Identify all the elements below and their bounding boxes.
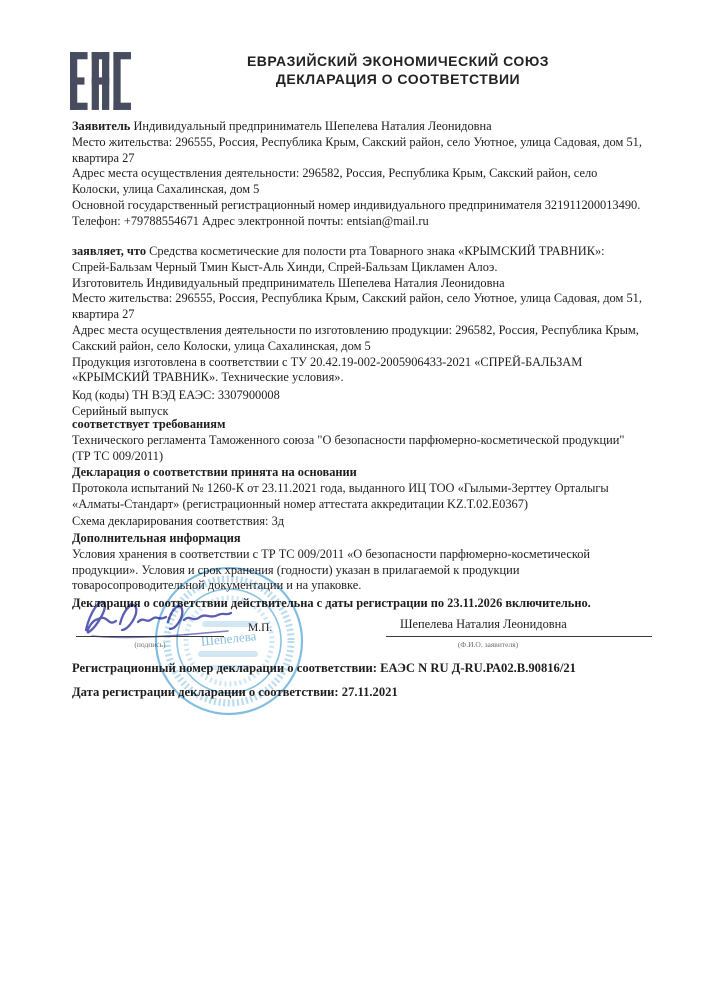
declares-line: Адрес места осуществления деятельности п… <box>72 323 672 339</box>
applicant-line: Место жительства: 296555, Россия, Респуб… <box>72 135 672 151</box>
requirements-block: соответствует требованиям Технического р… <box>72 417 672 464</box>
document-page: ЕВРАЗИЙСКИЙ ЭКОНОМИЧЕСКИЙ СОЮЗ ДЕКЛАРАЦИ… <box>0 0 726 1000</box>
registration-number-line: Регистрационный номер декларации о соотв… <box>72 661 576 676</box>
title-line-2: ДЕКЛАРАЦИЯ О СООТВЕТСТВИИ <box>222 71 574 89</box>
stamp-place-label: М.П. <box>248 622 272 634</box>
applicant-line: Заявитель Индивидуальный предприниматель… <box>72 119 672 135</box>
declares-line: Место жительства: 296555, Россия, Респуб… <box>72 291 672 307</box>
declares-line: «КРЫМСКИЙ ТРАВНИК». Технические условия»… <box>72 370 672 386</box>
declares-line: квартира 27 <box>72 307 672 323</box>
applicant-label: Заявитель <box>72 119 130 133</box>
declaration-subject-block: заявляет, что Средства косметические для… <box>72 244 672 420</box>
applicant-block: Заявитель Индивидуальный предприниматель… <box>72 119 672 230</box>
title-line-1: ЕВРАЗИЙСКИЙ ЭКОНОМИЧЕСКИЙ СОЮЗ <box>222 53 574 71</box>
basis-block: Декларация о соответствии принята на осн… <box>72 465 672 530</box>
declares-label: заявляет, что <box>72 244 146 258</box>
registration-number-value: ЕАЭС N RU Д-RU.РА02.В.90816/21 <box>380 661 576 675</box>
declares-line: Продукция изготовлена в соответствии с Т… <box>72 355 672 371</box>
applicant-line: Основной государственный регистрационный… <box>72 198 672 214</box>
manufacturer-line: Изготовитель Индивидуальный предпринимат… <box>72 276 672 292</box>
product-trademark: Средства косметические для полости рта Т… <box>146 244 605 258</box>
signature-caption: (подпись) <box>92 640 208 649</box>
applicant-line: Адрес места осуществления деятельности: … <box>72 166 672 182</box>
requirements-heading: соответствует требованиям <box>72 417 672 433</box>
applicant-contact-line: Телефон: +79788554671 Адрес электронной … <box>72 214 672 230</box>
basis-line: Протокола испытаний № 1260-К от 23.11.20… <box>72 481 672 497</box>
registration-date-label: Дата регистрации декларации о соответств… <box>72 685 339 699</box>
applicant-line: квартира 27 <box>72 151 672 167</box>
document-title: ЕВРАЗИЙСКИЙ ЭКОНОМИЧЕСКИЙ СОЮЗ ДЕКЛАРАЦИ… <box>222 53 574 88</box>
declares-line: Спрей-Бальзам Черный Тмин Кыст-Аль Хинди… <box>72 260 672 276</box>
full-name-caption: (Ф.И.О. заявителя) <box>418 640 558 649</box>
registration-number-label: Регистрационный номер декларации о соотв… <box>72 661 377 675</box>
basis-heading: Декларация о соответствии принята на осн… <box>72 465 672 481</box>
declarant-full-name: Шепелева Наталия Леонидовна <box>400 617 567 632</box>
scheme-line: Схема декларирования соответствия: 3д <box>72 514 672 530</box>
requirements-line: (ТР ТС 009/2011) <box>72 449 672 465</box>
additional-heading: Дополнительная информация <box>72 531 672 547</box>
registration-date-value: 27.11.2021 <box>342 685 398 699</box>
full-name-line <box>386 636 652 637</box>
registration-date-line: Дата регистрации декларации о соответств… <box>72 685 398 700</box>
declares-line: заявляет, что Средства косметические для… <box>72 244 672 260</box>
applicant-name: Индивидуальный предприниматель Шепелева … <box>130 119 491 133</box>
applicant-line: Колоски, улица Сахалинская, дом 5 <box>72 182 672 198</box>
requirements-line: Технического регламента Таможенного союз… <box>72 433 672 449</box>
declares-line: Сакский район, село Колоски, улица Сахал… <box>72 339 672 355</box>
tnved-code-line: Код (коды) ТН ВЭД ЕАЭС: 3307900008 <box>72 388 672 404</box>
basis-line: «Алматы-Стандарт» (регистрационный номер… <box>72 497 672 513</box>
eac-logo-icon <box>70 52 132 110</box>
signature-line <box>76 636 224 637</box>
additional-line: Условия хранения в соответствии с ТР ТС … <box>72 547 672 563</box>
